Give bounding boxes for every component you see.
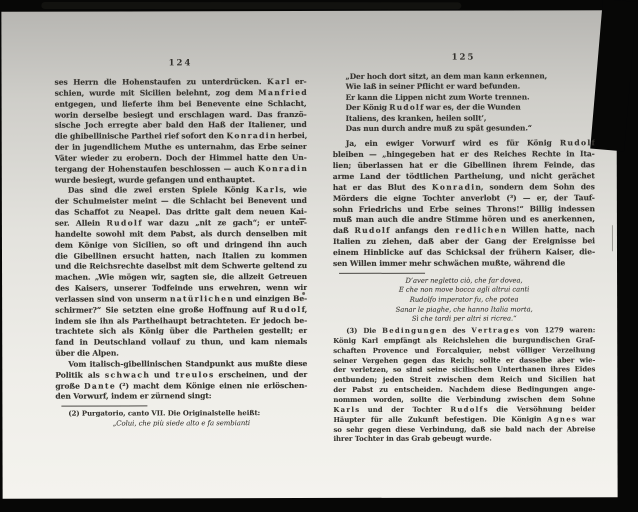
text-line: Mörders die eigne Tochter anverlobt (³) … — [333, 193, 595, 205]
text-line: arme Land der tödtlichen Partheiung, und… — [333, 171, 595, 183]
scan-speck — [299, 218, 306, 220]
text-line: machen. „Wie mögen wir, sagten sie, die … — [55, 272, 307, 284]
book-page-spread: 124 ses Herrn die Hohenstaufen zu unterd… — [1, 10, 617, 499]
text-line: „Colui, che più siede alto e fa sembiant… — [55, 419, 307, 430]
page-number-right: 125 — [332, 52, 594, 63]
text-line: (3) Die B e d i n g u n g e n des V e r … — [333, 326, 595, 337]
footnote-rule-left — [61, 406, 147, 407]
text-line: (2) Purgatorio, canto VII. Die Originals… — [55, 409, 307, 420]
footnote-rule-right — [339, 272, 425, 273]
text-line: Das nun durch andre muß zu spät gesunden… — [333, 123, 595, 134]
text-line: schirmer?“ Sie setzten eine große Hoffnu… — [55, 305, 307, 317]
text-line: seiner Vergehen gegen das Reich; sollte … — [333, 356, 595, 367]
text-line: der Pabst zu entscheiden. Nachdem diese … — [333, 385, 595, 396]
page-number-left: 124 — [54, 58, 306, 69]
text-line: sische Joch erregte aber bald den Haß de… — [55, 120, 307, 132]
text-line: die Gibellinen ersucht hatten, nach Ital… — [55, 251, 307, 263]
right-page-footnote-verse: D’aver negletto ciò, che far dovea,E che… — [333, 276, 595, 325]
text-line: Italien zu ziehen, daß aber der Gang der… — [333, 236, 595, 248]
text-line: handelte sowohl mit dem Pabst, als durch… — [55, 229, 307, 241]
text-line: verlassen sind von unserm n a t ü r l i … — [55, 294, 307, 306]
text-line: die ghibellinische Parthei rief sofort d… — [55, 131, 307, 143]
text-line: wurde besiegt, wurde gefangen und enthau… — [55, 175, 307, 187]
text-line: lien; überlassen hat er die Gibellinen i… — [333, 160, 595, 172]
text-line: daß R u d o l f anfangs den r e d l i c … — [333, 225, 595, 237]
text-line: trachtete sich als König über die Parthe… — [55, 326, 307, 338]
scan-edge-artifact — [41, 2, 461, 9]
text-line: fand in Deutschland vollauf zu thun, und… — [55, 337, 307, 349]
right-page-verse: „Der hoch dort sitzt, an dem man kann er… — [333, 71, 595, 134]
text-line: Väter wieder zu erobern. Doch der Himmel… — [55, 153, 307, 165]
text-line: Ja, ein ewiger Vorwurf wird es für König… — [333, 139, 595, 151]
left-page-footnote: (2) Purgatorio, canto VII. Die Originals… — [55, 409, 307, 429]
text-line: Politik als s c h w a c h und t r e u l … — [55, 370, 307, 382]
text-line: einem Hinblicke auf das Schicksal der fr… — [333, 247, 595, 259]
right-page: 125 „Der hoch dort sitzt, an dem man kan… — [332, 52, 595, 445]
text-line: indem sie ihn als Partheihaupt betrachte… — [55, 316, 307, 328]
text-line: Sì che tardi per altri si ricrea.“ — [333, 315, 595, 325]
text-line: bleiben — „hingegeben hat er des Reiches… — [333, 150, 595, 162]
text-line: Vom italisch-gibellinischen Standpunkt a… — [55, 359, 307, 371]
text-line: das Schaffot zu Neapel. Das dritte galt … — [55, 207, 307, 219]
text-line: und die Reichsrechte daselbst mit dem Sc… — [55, 261, 307, 273]
right-page-body-text: Ja, ein ewiger Vorwurf wird es für König… — [333, 139, 595, 270]
left-page: 124 ses Herrn die Hohenstaufen zu unterd… — [54, 58, 307, 430]
text-line: sohn Friedrichs und Erbe seines Throns!“… — [333, 204, 595, 216]
text-line: sen Willen immer mehr schwächen mußte, w… — [333, 258, 595, 270]
text-line: Er kann die Lippen nicht zum Worte trenn… — [333, 92, 595, 103]
text-line: dem Könige von Sicilien, so oft und drin… — [55, 240, 307, 252]
text-line: worin derselbe besiegt und erschlagen wa… — [55, 110, 307, 122]
text-line: nommen worden, sollte die Verbindung zwi… — [333, 395, 595, 406]
text-line: schien, wurde mit Sicilien belehnt, zog … — [55, 88, 307, 100]
right-page-footnote: (3) Die B e d i n g u n g e n des V e r … — [333, 326, 595, 445]
text-line: entbunden; jeden Streit zwischen dem Rei… — [333, 376, 595, 387]
text-line: so sehr gegen diese Verbindung, daß sie … — [333, 425, 595, 436]
text-line: Der König R u d o l f war es, der die Wu… — [333, 102, 595, 113]
text-line: große D a n t e (²) macht dem Könige ein… — [55, 381, 307, 393]
scan-corner-shadow — [590, 0, 637, 151]
text-line: ihrer Tochter in das Grab gebeugt wurde. — [333, 435, 595, 446]
scan-speck — [612, 225, 613, 251]
text-line: schaften Provence und Forcalquier, nebst… — [333, 346, 595, 357]
text-line: der in jugendlichem Muthe es unternahm, … — [55, 142, 307, 154]
text-line: über die Alpen. — [55, 348, 307, 360]
text-line: ser. Allein R u d o l f war dazu „nit ze… — [55, 218, 307, 230]
text-line: Häupter für alle Zukunft befestigen. Die… — [333, 415, 595, 426]
text-line: Das sind die zwei ersten Spiele König K … — [55, 185, 307, 197]
scan-speck — [302, 292, 305, 295]
text-line: des Kaisers, unserer Todfeinde uns erweh… — [55, 283, 307, 295]
text-line: K a r l s und der Tochter R u d o l f s … — [333, 405, 595, 416]
text-line: König Karl empfängt als Reichslehen die … — [333, 336, 595, 347]
text-line: den Vorwurf, indem er zürnend singt: — [55, 391, 307, 403]
text-line: „Der hoch dort sitzt, an dem man kann er… — [333, 71, 595, 82]
text-line: ses Herrn die Hohenstaufen zu unterdrück… — [55, 77, 307, 89]
text-line: hat er das Blut des K o n r a d i n, son… — [333, 182, 595, 194]
text-line: der Schulmeister meint — die Schlacht be… — [55, 196, 307, 208]
text-line: Italiens, des kranken, heilen sollt’, — [333, 113, 595, 124]
left-page-body-text: ses Herrn die Hohenstaufen zu unterdrück… — [55, 77, 308, 403]
text-line: muß man auch die andre Stimme hören und … — [333, 215, 595, 227]
text-line: tergang der Hohenstaufen beschlossen — a… — [55, 164, 307, 176]
text-line: entgegen, und lieferte ihm bei Benevente… — [55, 99, 307, 111]
text-line: Wie laß in seiner Pflicht er ward befund… — [333, 82, 595, 93]
text-line: der verletzen, so sind seine sicilischen… — [333, 366, 595, 377]
